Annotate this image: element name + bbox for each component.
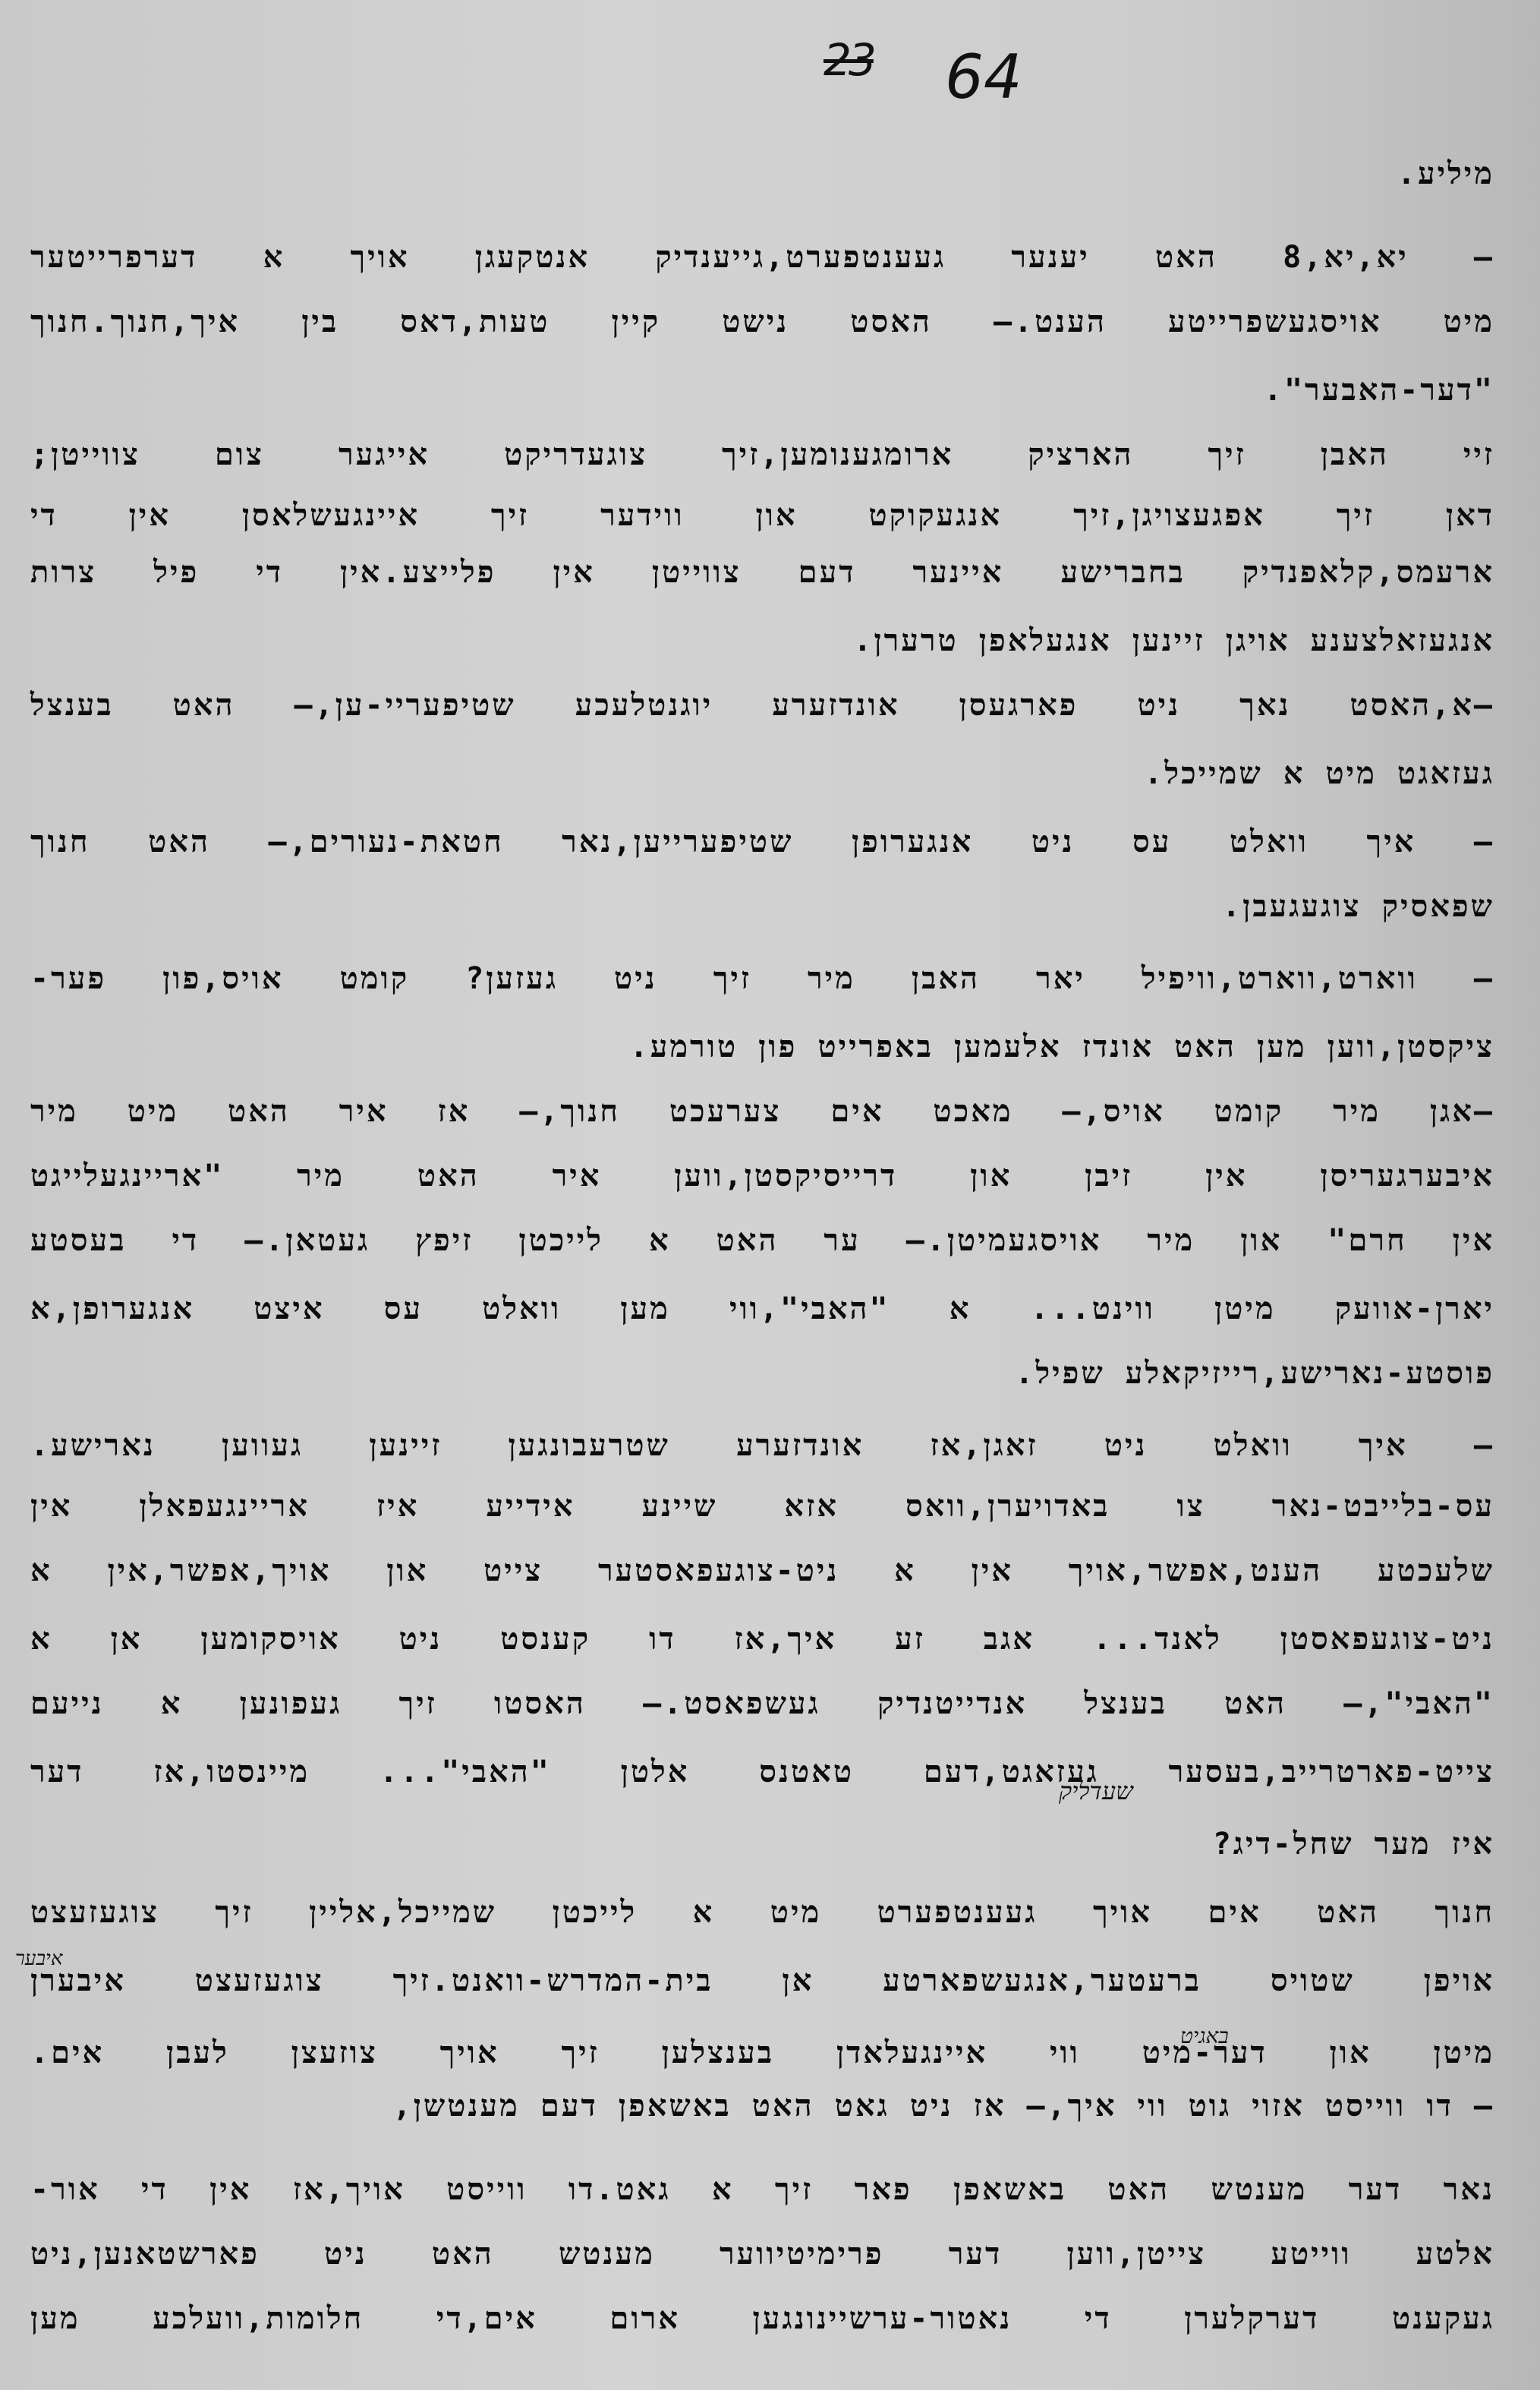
text-line: ארעמס,קלאפנדיק בחברישע איינער דעם צווייט… <box>30 554 1494 590</box>
handwritten-note: שעדליק <box>1059 1777 1133 1805</box>
text-line: —א,האסט נאך ניט פארגעסן אונדזערע יוגנטלע… <box>30 687 1494 723</box>
handwritten-note: באגיט <box>1180 2023 1229 2049</box>
handwritten-note: איבער <box>15 1947 62 1970</box>
document-page: 23 64 מיליע.— יא,יא,8 האט יענער געענטפער… <box>0 0 1540 2390</box>
text-line: געזאגט מיט א שמייכל. <box>1144 755 1494 791</box>
text-line: געקענט דערקלערן די נאטור-ערשיינונגען ארו… <box>30 2300 1494 2336</box>
text-line: צייט-פארטרייב,בעסער געזאגט,דעם טאטנס אלט… <box>30 1754 1494 1789</box>
text-line: זיי האבן זיך הארציק ארומגענומען,זיך צוגע… <box>30 437 1494 472</box>
text-line: ציקסטן,ווען מען האט אונדז אלעמען באפרייט… <box>630 1029 1494 1064</box>
text-line: חנוך האט אים אויך געענטפערט מיט א לייכטן… <box>30 1894 1494 1930</box>
text-line: — דו ווייסט אזוי גוט ווי איך,— אז ניט גא… <box>393 2088 1494 2124</box>
text-line: "דער-האבער". <box>1264 372 1494 408</box>
text-line: יארן-אוועק מיטן ווינט... א "האבי",ווי מע… <box>30 1291 1494 1326</box>
crossed-out-page-number: 23 <box>824 34 874 86</box>
text-line: אנגעזאלצענע אויגן זיינען אנגעלאפן טרערן. <box>853 623 1494 658</box>
text-line: מיליע. <box>1397 156 1494 191</box>
text-line: מיטן און דער-מיט ווי איינגעלאדן בענצלען … <box>30 2035 1494 2070</box>
text-line: דאן זיך אפגעצויגן,זיך אנגעקוקט און ווידע… <box>30 497 1494 533</box>
text-line: אלטע ווייטע צייטן,ווען דער פרימיטיווער מ… <box>30 2236 1494 2272</box>
text-line: — איך וואלט עס ניט אנגערופן שטיפערייען,נ… <box>30 824 1494 859</box>
text-line: עס-בלייבט-נאר צו באדויערן,וואס אזא שיינע… <box>30 1488 1494 1524</box>
text-line: שפאסיק צוגעגעבן. <box>1222 888 1494 924</box>
text-line: —אגן מיר קומט אויס,— מאכט אים צערעכט חנו… <box>30 1093 1494 1129</box>
text-line: ניט-צוגעפאסטן לאנד... אגב זע איך,אז דו ק… <box>30 1621 1494 1657</box>
text-line: מיט אויסגעשפרייטע הענט.— האסט נישט קיין … <box>30 304 1494 339</box>
text-line: — ווארט,ווארט,וויפיל יאר האבן מיר זיך ני… <box>30 960 1494 996</box>
text-line: נאר דער מענטש האט באשאפן פאר זיך א גאט.ד… <box>30 2171 1494 2207</box>
text-line: — איך וואלט ניט זאגן,אז אונדזערע שטרעבונ… <box>30 1427 1494 1463</box>
text-line: אין חרם" און מיר אויסגעמיטן.— ער האט א ל… <box>30 1222 1494 1258</box>
page-number: 64 <box>945 42 1022 112</box>
text-line: — יא,יא,8 האט יענער געענטפערט,גייענדיק א… <box>30 239 1494 275</box>
text-line: "האבי",— האט בענצל אנדייטנדיק געשפאסט.— … <box>30 1685 1494 1721</box>
text-line: פוסטע-נארישע,רייזיקאלע שפיל. <box>1015 1355 1494 1391</box>
text-line: איז מער שחל-דיג? <box>1213 1826 1494 1862</box>
text-line: איבערגעריסן אין זיבן און דרייסיקסטן,ווען… <box>30 1158 1494 1193</box>
text-line: אויפן שטויס ברעטער,אנגעשפארטע אן בית-המד… <box>30 1963 1494 1998</box>
text-line: שלעכטע הענט,אפשר,אויך אין א ניט-צוגעפאסט… <box>30 1553 1494 1588</box>
